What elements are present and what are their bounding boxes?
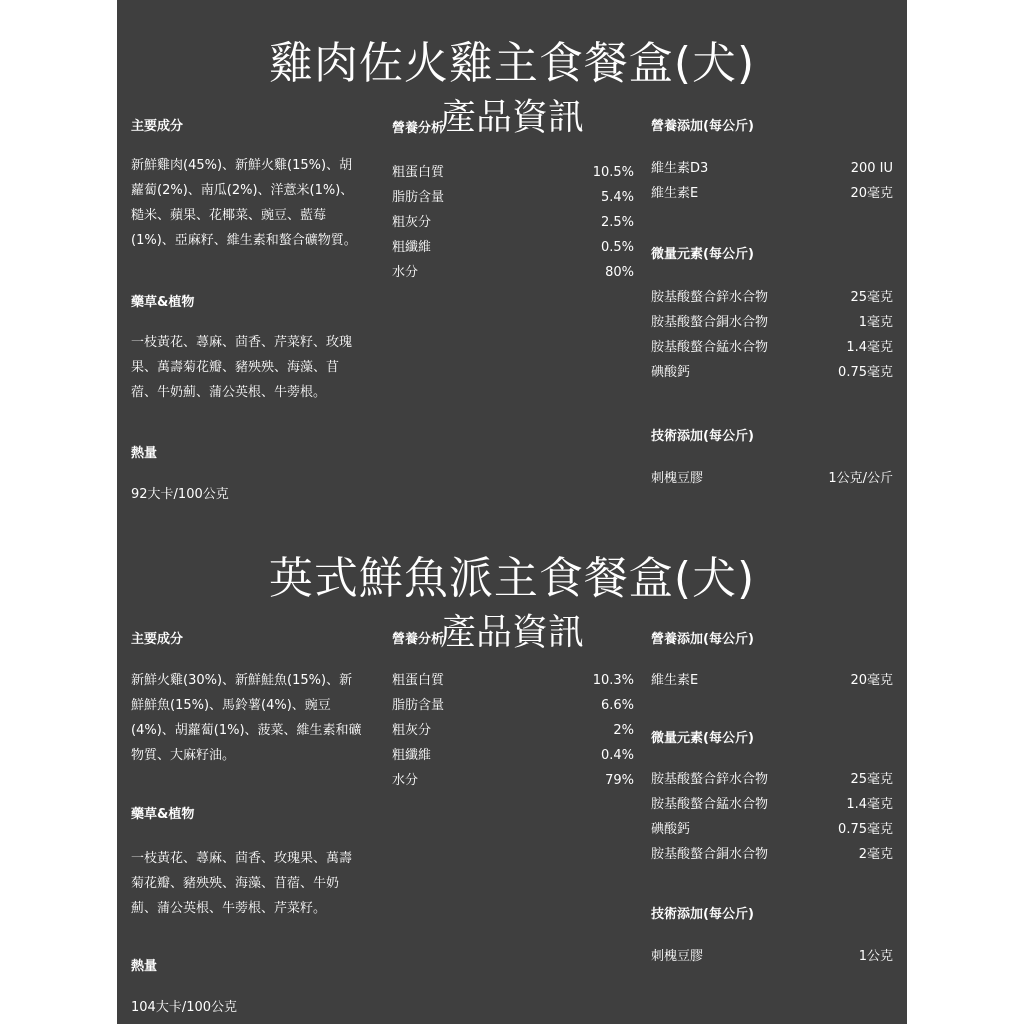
ingredients-line: (4%)、胡蘿蔔(1%)、菠菜、維生素和礦 <box>131 718 381 743</box>
ingredients-line: 鮮鮮魚(15%)、馬鈴薯(4%)、豌豆 <box>131 693 381 718</box>
analysis-value: 10.3% <box>593 668 634 693</box>
technical-label: 刺槐豆膠 <box>651 466 703 491</box>
calories-header: 熱量 <box>131 445 381 463</box>
herbs-header: 藥草&植物 <box>131 294 381 312</box>
analysis-label: 脂肪含量 <box>392 693 444 718</box>
ingredients-line: 蘿蔔(2%)、南瓜(2%)、洋薏米(1%)、 <box>131 178 381 203</box>
ingredients-header: 主要成分 <box>131 118 381 136</box>
analysis-label: 水分 <box>392 260 418 285</box>
herbs-line: 菊花瓣、豬殃殃、海藻、苜蓿、牛奶 <box>131 871 381 896</box>
analysis-value: 5.4% <box>601 185 634 210</box>
product-title: 英式鮮魚派主食餐盒(犬) <box>117 554 907 604</box>
trace-elements-header: 微量元素(每公斤) <box>651 246 893 264</box>
analysis-label: 粗蛋白質 <box>392 668 444 693</box>
herbs-header: 藥草&植物 <box>131 806 381 824</box>
ingredients-text: 新鮮火雞(30%)、新鮮鮭魚(15%)、新 鮮鮮魚(15%)、馬鈴薯(4%)、豌… <box>131 668 381 768</box>
trace-value: 25毫克 <box>850 767 893 792</box>
technical-row: 刺槐豆膠 1公克 <box>651 944 893 969</box>
analysis-value: 2.5% <box>601 210 634 235</box>
technical-additives-table: 刺槐豆膠 1公克 <box>651 944 893 969</box>
trace-elements-header: 微量元素(每公斤) <box>651 730 893 748</box>
analysis-row: 脂肪含量 5.4% <box>392 185 634 210</box>
analysis-row: 脂肪含量 6.6% <box>392 693 634 718</box>
trace-value: 1.4毫克 <box>846 792 893 817</box>
analysis-row: 粗纖維 0.5% <box>392 235 634 260</box>
calories-value: 92大卡/100公克 <box>131 482 381 507</box>
herbs-line: 薊、蒲公英根、牛蒡根、芹菜籽。 <box>131 896 381 921</box>
additives-label: 維生素E <box>651 668 698 693</box>
technical-additives-header: 技術添加(每公斤) <box>651 428 893 446</box>
analysis-label: 脂肪含量 <box>392 185 444 210</box>
trace-value: 2毫克 <box>859 842 893 867</box>
analysis-row: 水分 80% <box>392 260 634 285</box>
trace-label: 胺基酸螯合銅水合物 <box>651 310 768 335</box>
additives-row: 維生素E 20毫克 <box>651 181 893 206</box>
ingredients-line: 新鮮火雞(30%)、新鮮鮭魚(15%)、新 <box>131 668 381 693</box>
trace-label: 胺基酸螯合錳水合物 <box>651 792 768 817</box>
analysis-table: 粗蛋白質 10.5% 脂肪含量 5.4% 粗灰分 2.5% 粗纖維 0.5% 水… <box>392 160 634 285</box>
herbs-line: 果、萬壽菊花瓣、豬殃殃、海藻、苜 <box>131 355 381 380</box>
additives-value: 20毫克 <box>850 181 893 206</box>
technical-value: 1公克/公斤 <box>828 466 893 491</box>
analysis-value: 0.4% <box>601 743 634 768</box>
analysis-value: 80% <box>605 260 634 285</box>
analysis-row: 粗灰分 2% <box>392 718 634 743</box>
additives-table: 維生素E 20毫克 <box>651 668 893 693</box>
technical-additives-table: 刺槐豆膠 1公克/公斤 <box>651 466 893 491</box>
trace-row: 胺基酸螯合錳水合物 1.4毫克 <box>651 792 893 817</box>
trace-label: 碘酸鈣 <box>651 360 690 385</box>
additives-table: 維生素D3 200 IU 維生素E 20毫克 <box>651 156 893 206</box>
analysis-value: 2% <box>613 718 634 743</box>
ingredients-line: 新鮮雞肉(45%)、新鮮火雞(15%)、胡 <box>131 153 381 178</box>
technical-value: 1公克 <box>859 944 893 969</box>
analysis-header: 營養分析 <box>392 631 634 649</box>
analysis-label: 水分 <box>392 768 418 793</box>
additives-label: 維生素E <box>651 181 698 206</box>
trace-label: 胺基酸螯合錳水合物 <box>651 335 768 360</box>
additives-row: 維生素D3 200 IU <box>651 156 893 181</box>
analysis-header: 營養分析 <box>392 120 634 138</box>
product-info-panel: 雞肉佐火雞主食餐盒(犬) 產品資訊 主要成分 新鮮雞肉(45%)、新鮮火雞(15… <box>117 0 907 1024</box>
ingredients-header: 主要成分 <box>131 631 381 649</box>
trace-value: 1.4毫克 <box>846 335 893 360</box>
analysis-value: 0.5% <box>601 235 634 260</box>
analysis-table: 粗蛋白質 10.3% 脂肪含量 6.6% 粗灰分 2% 粗纖維 0.4% 水分 <box>392 668 634 793</box>
technical-label: 刺槐豆膠 <box>651 944 703 969</box>
analysis-row: 水分 79% <box>392 768 634 793</box>
analysis-label: 粗灰分 <box>392 718 431 743</box>
trace-row: 胺基酸螯合鋅水合物 25毫克 <box>651 767 893 792</box>
herbs-line: 一枝黃花、蕁麻、茴香、玫瑰果、萬壽 <box>131 846 381 871</box>
herbs-text: 一枝黃花、蕁麻、茴香、芹菜籽、玫瑰 果、萬壽菊花瓣、豬殃殃、海藻、苜 蓿、牛奶薊… <box>131 330 381 405</box>
trace-row: 胺基酸螯合鋅水合物 25毫克 <box>651 285 893 310</box>
trace-value: 1毫克 <box>859 310 893 335</box>
trace-row: 胺基酸螯合錳水合物 1.4毫克 <box>651 335 893 360</box>
trace-elements-table: 胺基酸螯合鋅水合物 25毫克 胺基酸螯合錳水合物 1.4毫克 碘酸鈣 0.75毫… <box>651 767 893 867</box>
herbs-line: 一枝黃花、蕁麻、茴香、芹菜籽、玫瑰 <box>131 330 381 355</box>
analysis-label: 粗纖維 <box>392 235 431 260</box>
technical-additives-header: 技術添加(每公斤) <box>651 906 893 924</box>
trace-label: 胺基酸螯合鋅水合物 <box>651 285 768 310</box>
analysis-row: 粗蛋白質 10.5% <box>392 160 634 185</box>
analysis-row: 粗蛋白質 10.3% <box>392 668 634 693</box>
calories-value: 104大卡/100公克 <box>131 995 381 1020</box>
technical-row: 刺槐豆膠 1公克/公斤 <box>651 466 893 491</box>
trace-label: 胺基酸螯合鋅水合物 <box>651 767 768 792</box>
trace-value: 0.75毫克 <box>838 817 893 842</box>
calories-header: 熱量 <box>131 958 381 976</box>
additives-value: 20毫克 <box>850 668 893 693</box>
trace-row: 碘酸鈣 0.75毫克 <box>651 360 893 385</box>
additives-label: 維生素D3 <box>651 156 708 181</box>
additives-header: 營養添加(每公斤) <box>651 118 893 136</box>
analysis-value: 79% <box>605 768 634 793</box>
trace-row: 胺基酸螯合銅水合物 2毫克 <box>651 842 893 867</box>
additives-header: 營養添加(每公斤) <box>651 631 893 649</box>
trace-label: 碘酸鈣 <box>651 817 690 842</box>
additives-row: 維生素E 20毫克 <box>651 668 893 693</box>
trace-label: 胺基酸螯合銅水合物 <box>651 842 768 867</box>
analysis-label: 粗灰分 <box>392 210 431 235</box>
ingredients-line: 糙米、蘋果、花椰菜、豌豆、藍莓 <box>131 203 381 228</box>
analysis-label: 粗蛋白質 <box>392 160 444 185</box>
trace-value: 0.75毫克 <box>838 360 893 385</box>
ingredients-text: 新鮮雞肉(45%)、新鮮火雞(15%)、胡 蘿蔔(2%)、南瓜(2%)、洋薏米(… <box>131 153 381 253</box>
trace-value: 25毫克 <box>850 285 893 310</box>
herbs-line: 蓿、牛奶薊、蒲公英根、牛蒡根。 <box>131 380 381 405</box>
trace-row: 碘酸鈣 0.75毫克 <box>651 817 893 842</box>
trace-elements-table: 胺基酸螯合鋅水合物 25毫克 胺基酸螯合銅水合物 1毫克 胺基酸螯合錳水合物 1… <box>651 285 893 385</box>
herbs-text: 一枝黃花、蕁麻、茴香、玫瑰果、萬壽 菊花瓣、豬殃殃、海藻、苜蓿、牛奶 薊、蒲公英… <box>131 846 381 921</box>
analysis-row: 粗灰分 2.5% <box>392 210 634 235</box>
product-title: 雞肉佐火雞主食餐盒(犬) <box>117 39 907 89</box>
additives-value: 200 IU <box>851 156 893 181</box>
ingredients-line: (1%)、亞麻籽、維生素和螯合礦物質。 <box>131 228 381 253</box>
analysis-row: 粗纖維 0.4% <box>392 743 634 768</box>
analysis-label: 粗纖維 <box>392 743 431 768</box>
trace-row: 胺基酸螯合銅水合物 1毫克 <box>651 310 893 335</box>
analysis-value: 10.5% <box>593 160 634 185</box>
analysis-value: 6.6% <box>601 693 634 718</box>
ingredients-line: 物質、大麻籽油。 <box>131 743 381 768</box>
